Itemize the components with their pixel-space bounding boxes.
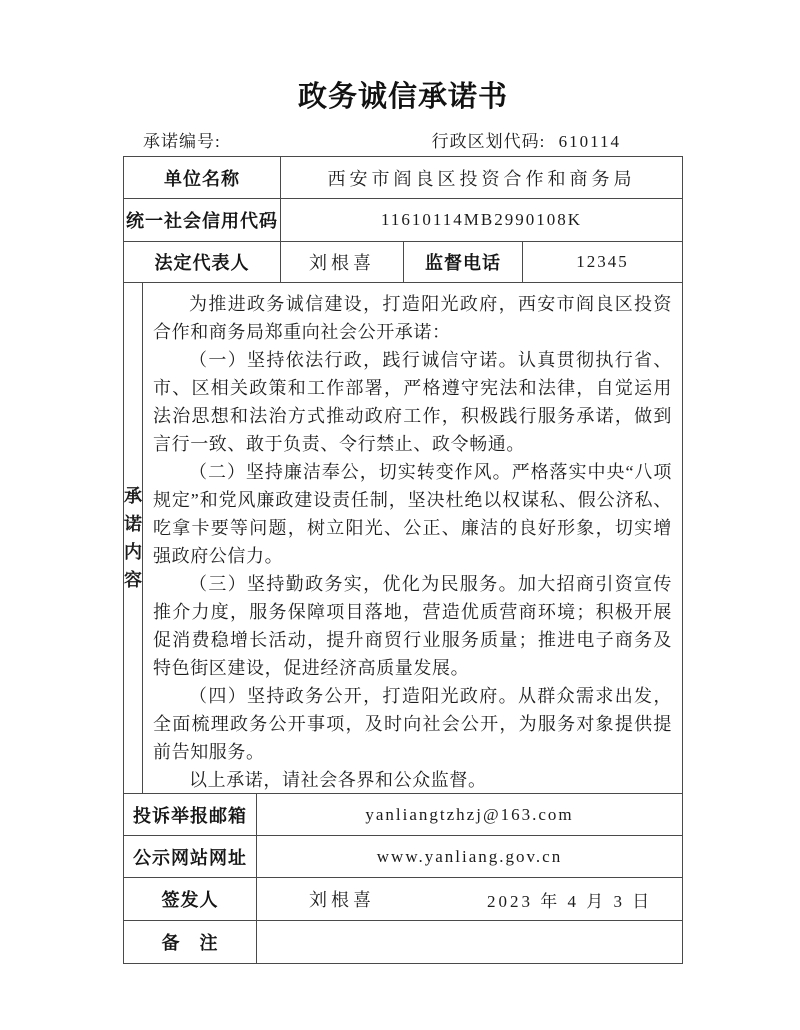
promise-paragraph: （四）坚持政务公开，打造阳光政府。从群众需求出发，全面梳理政务公开事项，及时向社… xyxy=(153,682,672,766)
promise-label-char: 承 xyxy=(124,482,142,510)
complaint-email-value: yanliangtzhzj@163.com xyxy=(256,794,682,835)
unit-name-label: 单位名称 xyxy=(124,157,280,198)
promise-paragraph: （一）坚持依法行政，践行诚信守诺。认真贯彻执行省、市、区相关政策和工作部署，严格… xyxy=(153,346,672,458)
remarks-value xyxy=(256,921,682,963)
row-unit-name: 单位名称 西安市阎良区投资合作和商务局 xyxy=(124,157,682,198)
legal-representative-label: 法定代表人 xyxy=(124,242,280,282)
public-website-value: www.yanliang.gov.cn xyxy=(256,836,682,877)
promise-content-text: 为推进政务诚信建设，打造阳光政府，西安市阎良区投资合作和商务局郑重向社会公开承诺… xyxy=(142,283,682,793)
signer-label: 签发人 xyxy=(124,878,256,920)
document-page: 政务诚信承诺书 承诺编号: 行政区划代码: 610114 单位名称 西安市阎良区… xyxy=(0,0,800,1030)
promise-number-label: 承诺编号: xyxy=(123,127,221,152)
row-legal-representative: 法定代表人 刘根喜 监督电话 12345 xyxy=(124,241,682,282)
promise-paragraph: （三）坚持勤政务实，优化为民服务。加大招商引资宣传推介力度，服务保障项目落地，营… xyxy=(153,570,672,682)
supervision-phone-value: 12345 xyxy=(522,242,682,282)
region-code-group: 行政区划代码: 610114 xyxy=(432,127,621,152)
promise-form-table: 单位名称 西安市阎良区投资合作和商务局 统一社会信用代码 11610114MB2… xyxy=(123,156,683,964)
row-remarks: 备 注 xyxy=(124,920,682,963)
promise-content-label: 承 诺 内 容 xyxy=(124,283,142,793)
row-promise-content: 承 诺 内 容 为推进政务诚信建设，打造阳光政府，西安市阎良区投资合作和商务局郑… xyxy=(124,282,682,793)
row-signer: 签发人 刘根喜 2023 年 4 月 3 日 xyxy=(124,877,682,920)
row-public-website: 公示网站网址 www.yanliang.gov.cn xyxy=(124,835,682,877)
supervision-phone-label: 监督电话 xyxy=(403,242,522,282)
complaint-email-label: 投诉举报邮箱 xyxy=(124,794,256,835)
promise-label-char: 内 xyxy=(124,538,142,566)
region-code-label: 行政区划代码: xyxy=(432,132,546,151)
remarks-label: 备 注 xyxy=(124,921,256,963)
signer-value-cell: 刘根喜 2023 年 4 月 3 日 xyxy=(256,878,682,920)
credit-code-label: 统一社会信用代码 xyxy=(124,199,280,241)
row-complaint-email: 投诉举报邮箱 yanliangtzhzj@163.com xyxy=(124,793,682,835)
signer-name: 刘根喜 xyxy=(309,886,375,912)
signer-date: 2023 年 4 月 3 日 xyxy=(487,887,652,912)
header-meta-row: 承诺编号: 行政区划代码: 610114 xyxy=(123,127,683,152)
promise-paragraph: 为推进政务诚信建设，打造阳光政府，西安市阎良区投资合作和商务局郑重向社会公开承诺… xyxy=(153,290,672,346)
promise-label-char: 诺 xyxy=(124,510,142,538)
region-code-value: 610114 xyxy=(559,132,621,151)
row-credit-code: 统一社会信用代码 11610114MB2990108K xyxy=(124,198,682,241)
page-title: 政务诚信承诺书 xyxy=(123,74,683,115)
document-body: 政务诚信承诺书 承诺编号: 行政区划代码: 610114 单位名称 西安市阎良区… xyxy=(123,0,683,964)
promise-paragraph: （二）坚持廉洁奉公，切实转变作风。严格落实中央“八项规定”和党风廉政建设责任制，… xyxy=(153,458,672,570)
promise-label-char: 容 xyxy=(124,566,142,594)
promise-paragraph: 以上承诺，请社会各界和公众监督。 xyxy=(153,766,672,794)
public-website-label: 公示网站网址 xyxy=(124,836,256,877)
legal-representative-value: 刘根喜 xyxy=(280,242,403,282)
credit-code-value: 11610114MB2990108K xyxy=(280,199,682,241)
unit-name-value: 西安市阎良区投资合作和商务局 xyxy=(280,157,682,198)
